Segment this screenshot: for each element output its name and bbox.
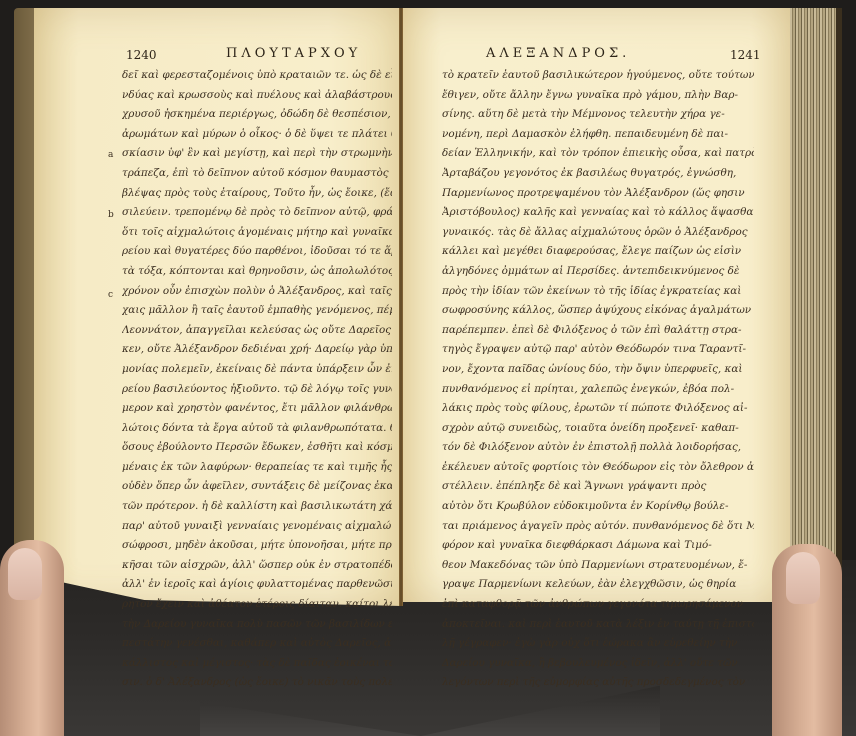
text-line: ἔθιγεν, οὔτε ἄλλην ἔγνω γυναῖκα πρὸ γάμο… — [442, 86, 754, 106]
text-line: νδύας καὶ κρωσσοὺς καὶ πυέλους καὶ ἀλαβά… — [122, 86, 392, 106]
text-line: Ἀρταβάζου γεγονότος ἐκ βασιλέως θυγατρός… — [442, 164, 754, 184]
text-line: κῆσαι τῶν αἰσχρῶν, ἀλλ' ὥσπερ οὐκ ἐν στρ… — [122, 556, 392, 576]
text-line: ρείου καὶ θυγατέρες δύο παρθένοι, ἰδοῦσα… — [122, 242, 392, 262]
text-line: λῇ γέγραφεν· ἐγὼ γὰρ οὐχ ὅτι ἑώρακα ἂν ε… — [442, 634, 754, 654]
text-line: ὅσους ἐβούλοντο Περσῶν ἔδωκεν, ἐσθῆτι κα… — [122, 438, 392, 458]
text-line: παρ' αὐτοῦ γυναιξὶ γενναίαις γενομέναις … — [122, 517, 392, 537]
page-edges-stack — [790, 8, 842, 568]
text-line: λεγόντων περὶ τῆς εὐμορφίας αὐτῆς προσδε… — [442, 673, 754, 693]
text-line: σχρὸν αὐτῷ συνειδὼς, τοιαῦτα ὀνείδη προξ… — [442, 419, 754, 439]
text-line: παρέπεμπεν. ἐπεὶ δὲ Φιλόξενος ὁ τῶν ἐπὶ … — [442, 321, 754, 341]
text-line: μονίας πολεμεῖν, ἐκείναις δὲ πάντα ὑπάρξ… — [122, 360, 392, 380]
text-line: τὴν Δαρείου γυναῖκα πολὺ πασῶν τῶν βασιλ… — [122, 615, 392, 635]
text-line: τράπεζα, ἐπὶ τὸ δεῖπνον αὐτοῦ κόσμον θαυ… — [122, 164, 392, 184]
text-line: λώτοις δόντα τὰ ἔργα αὐτοῦ τὰ φιλανθρωπό… — [122, 419, 392, 439]
text-line: νον, ἔχοντα παῖδας ὠνίους δύο, τὴν ὄψιν … — [442, 360, 754, 380]
text-line: οὐδὲν ὅπερ ὧν ἀφεῖλεν, συντάξεις δὲ μείζ… — [122, 477, 392, 497]
text-line: Παρμενίωνος προτρεψαμένου τὸν Ἀλέξανδρον… — [442, 184, 754, 204]
text-line: σωφροσύνης κάλλος, ὥσπερ ἀψύχους εἰκόνας… — [442, 301, 754, 321]
book-gutter — [399, 8, 403, 606]
left-running-head: ΠΛΟΥΤΑΡΧΟΥ — [226, 46, 361, 61]
text-line: θεον Μακεδόνας τῶν ὑπὸ Παρμενίωνι στρατε… — [442, 556, 754, 576]
text-line: δείαν Ἑλληνικήν, καὶ τὸν τρόπον ἐπιεικὴς… — [442, 144, 754, 164]
text-line: τόν δὲ Φιλόξενον αὐτὸν ἐν ἐπιστολῇ πολλὰ… — [442, 438, 754, 458]
text-line: πρὸς τὴν ἰδίαν τῶν ἐκείνων τὸ τῆς ἰδίας … — [442, 282, 754, 302]
text-line: χαις μᾶλλον ἢ ταῖς ἑαυτοῦ ἐμπαθὴς γενόμε… — [122, 301, 392, 321]
text-line: σίνης. αὕτη δὲ μετὰ τὴν Μέμνονος τελευτὴ… — [442, 105, 754, 125]
right-thumbnail — [786, 552, 820, 604]
text-line: χρυσοῦ ἠσκημένα περιέργως, ὀδώδη δὲ θεσπ… — [122, 105, 392, 125]
text-line: πυνθανόμενος εἰ πρίηται, χαλεπῶς ἐνεγκών… — [442, 380, 754, 400]
text-line: ρητον ἔχειν καὶ ἀθέατον ἑτέροις δίαιταν.… — [122, 595, 392, 615]
margin-mark: b — [108, 210, 114, 220]
text-line: Ἀριστόβουλος) καλῆς καὶ γενναίας καὶ τὸ … — [442, 203, 754, 223]
text-line: κάλλιστος καὶ μέγιστος· τὰς δὲ παῖδας ἐο… — [122, 654, 392, 674]
text-line: σώφροσι, μηδὲν ἀκοῦσαι, μήτε ὑπονοῆσαι, … — [122, 536, 392, 556]
text-line: πεστάτην γενέσθαι, καθάπερ καὶ αὐτὸς Δαρ… — [122, 634, 392, 654]
text-line: σιλεύειν. τρεπομένῳ δὲ πρὸς τὸ δεῖπνον α… — [122, 203, 392, 223]
text-line: τῶν πρότερον. ἡ δὲ καλλίστη καὶ βασιλικω… — [122, 497, 392, 517]
text-line: βλέψας πρὸς τοὺς ἑταίρους, Τοῦτο ἦν, ὡς … — [122, 184, 392, 204]
right-page-number: 1241 — [730, 48, 761, 62]
margin-mark: c — [108, 290, 113, 300]
text-line: αὐτὸν ὅτι Κρωβύλον εὐδοκιμοῦντα ἐν Κορίν… — [442, 497, 754, 517]
text-line: γυναικός. τὰς δὲ ἄλλας αἰχμαλώτους ὁρῶν … — [442, 223, 754, 243]
text-line: ἐκέλευεν αὐτοῖς φορτίοις τὸν Θεόδωρον εἰ… — [442, 458, 754, 478]
right-page-body: τὸ κρατεῖν ἑαυτοῦ βασιλικώτερον ἡγούμενο… — [442, 66, 754, 693]
text-line: τηγὸς ἔγραψεν αὐτῷ παρ' αὐτὸν Θεόδωρόν τ… — [442, 340, 754, 360]
text-line: ρείου βασιλεύοντος ἠξιοῦντο. τῷ δὲ λόγῳ … — [122, 380, 392, 400]
text-line: μέναις ἐκ τῶν λαφύρων· θεραπείας τε καὶ … — [122, 458, 392, 478]
text-line: λάκις πρὸς τοὺς φίλους, ἐρωτῶν τί πώποτε… — [442, 399, 754, 419]
text-line: κεν, οὔτε Ἀλέξανδρον δεδιέναι χρή· Δαρεί… — [122, 340, 392, 360]
right-running-head: ΑΛΕΞΑΝΔΡΟΣ. — [486, 46, 630, 61]
text-line: Λεοννάτον, ἀπαγγεῖλαι κελεύσας ὡς οὔτε Δ… — [122, 321, 392, 341]
text-line: ἀλγηδόνες ὀμμάτων αἱ Περσίδες. ἀντεπιδει… — [442, 262, 754, 282]
text-line: δεῖ καὶ φερεσταζομένοις ὑπὸ κραταιῶν τε.… — [122, 66, 392, 86]
text-line: ὅτι τοῖς αἰχμαλώτοις ἀγομέναις μήτηρ καὶ… — [122, 223, 392, 243]
text-line: φόρον καὶ γυναῖκα διεφθάρκασι Δάμωνα καὶ… — [442, 536, 754, 556]
text-line: στέλλειν. ἐπέπληξε δὲ καὶ Ἅγνωνι γράψαντ… — [442, 477, 754, 497]
text-line: κάλλει καὶ μεγέθει διαφερούσας, ἔλεγε πα… — [442, 242, 754, 262]
margin-mark: a — [108, 150, 113, 160]
text-line: σιν. ὁ δ' Ἀλέξανδρος (ὡς ἔοικε) τὸ νικᾶν… — [122, 673, 392, 693]
text-line: νομένη, περὶ Δαμασκὸν ἐλήφθη. πεπαιδευμέ… — [442, 125, 754, 145]
text-line: σκίασιν ὑφ' ἓν καὶ μεγίστῃ, καὶ περὶ τὴν… — [122, 144, 392, 164]
text-line: ἐπὶ καταφθορᾷ τῶν ἀνθρώπων γεγονότα τιμω… — [442, 595, 754, 615]
text-line: γραψε Παρμενίωνι κελεύων, ἐὰν ἐλεγχθῶσιν… — [442, 575, 754, 595]
text-line: ἀποκτεῖναι. καὶ περὶ ἑαυτοῦ κατὰ λέξιν ἐ… — [442, 615, 754, 635]
book-photo-scene: 1240 ΠΛΟΥΤΑΡΧΟΥ ΑΛΕΞΑΝΔΡΟΣ. 1241 δεῖ καὶ… — [0, 0, 856, 736]
text-line: τὰ τόξα, κόπτονται καὶ θρηνοῦσιν, ὡς ἀπο… — [122, 262, 392, 282]
text-line: μερον καὶ χρηστὸν φανέντος, ἔτι μᾶλλον φ… — [122, 399, 392, 419]
text-line: ἀλλ' ἐν ἱεροῖς καὶ ἁγίοις φυλαττομένας π… — [122, 575, 392, 595]
text-line: ται πριάμενος ἀγαγεῖν πρὸς αὐτόν. πυνθαν… — [442, 517, 754, 537]
left-thumbnail — [8, 548, 42, 600]
text-line: τὸ κρατεῖν ἑαυτοῦ βασιλικώτερον ἡγούμενο… — [442, 66, 754, 86]
text-line: Δαρείου γυναῖκα, ἢ βεβουλευμένος ἰδεῖν, … — [442, 654, 754, 674]
text-line: ἀρωμάτων καὶ μύρων ὁ οἶκος· ὁ δὲ ὕψει τε… — [122, 125, 392, 145]
left-page-number: 1240 — [126, 48, 157, 62]
text-line: χρόνον οὖν ἐπισχὼν πολὺν ὁ Ἀλέξανδρος, κ… — [122, 282, 392, 302]
left-page-body: δεῖ καὶ φερεσταζομένοις ὑπὸ κραταιῶν τε.… — [122, 66, 392, 693]
